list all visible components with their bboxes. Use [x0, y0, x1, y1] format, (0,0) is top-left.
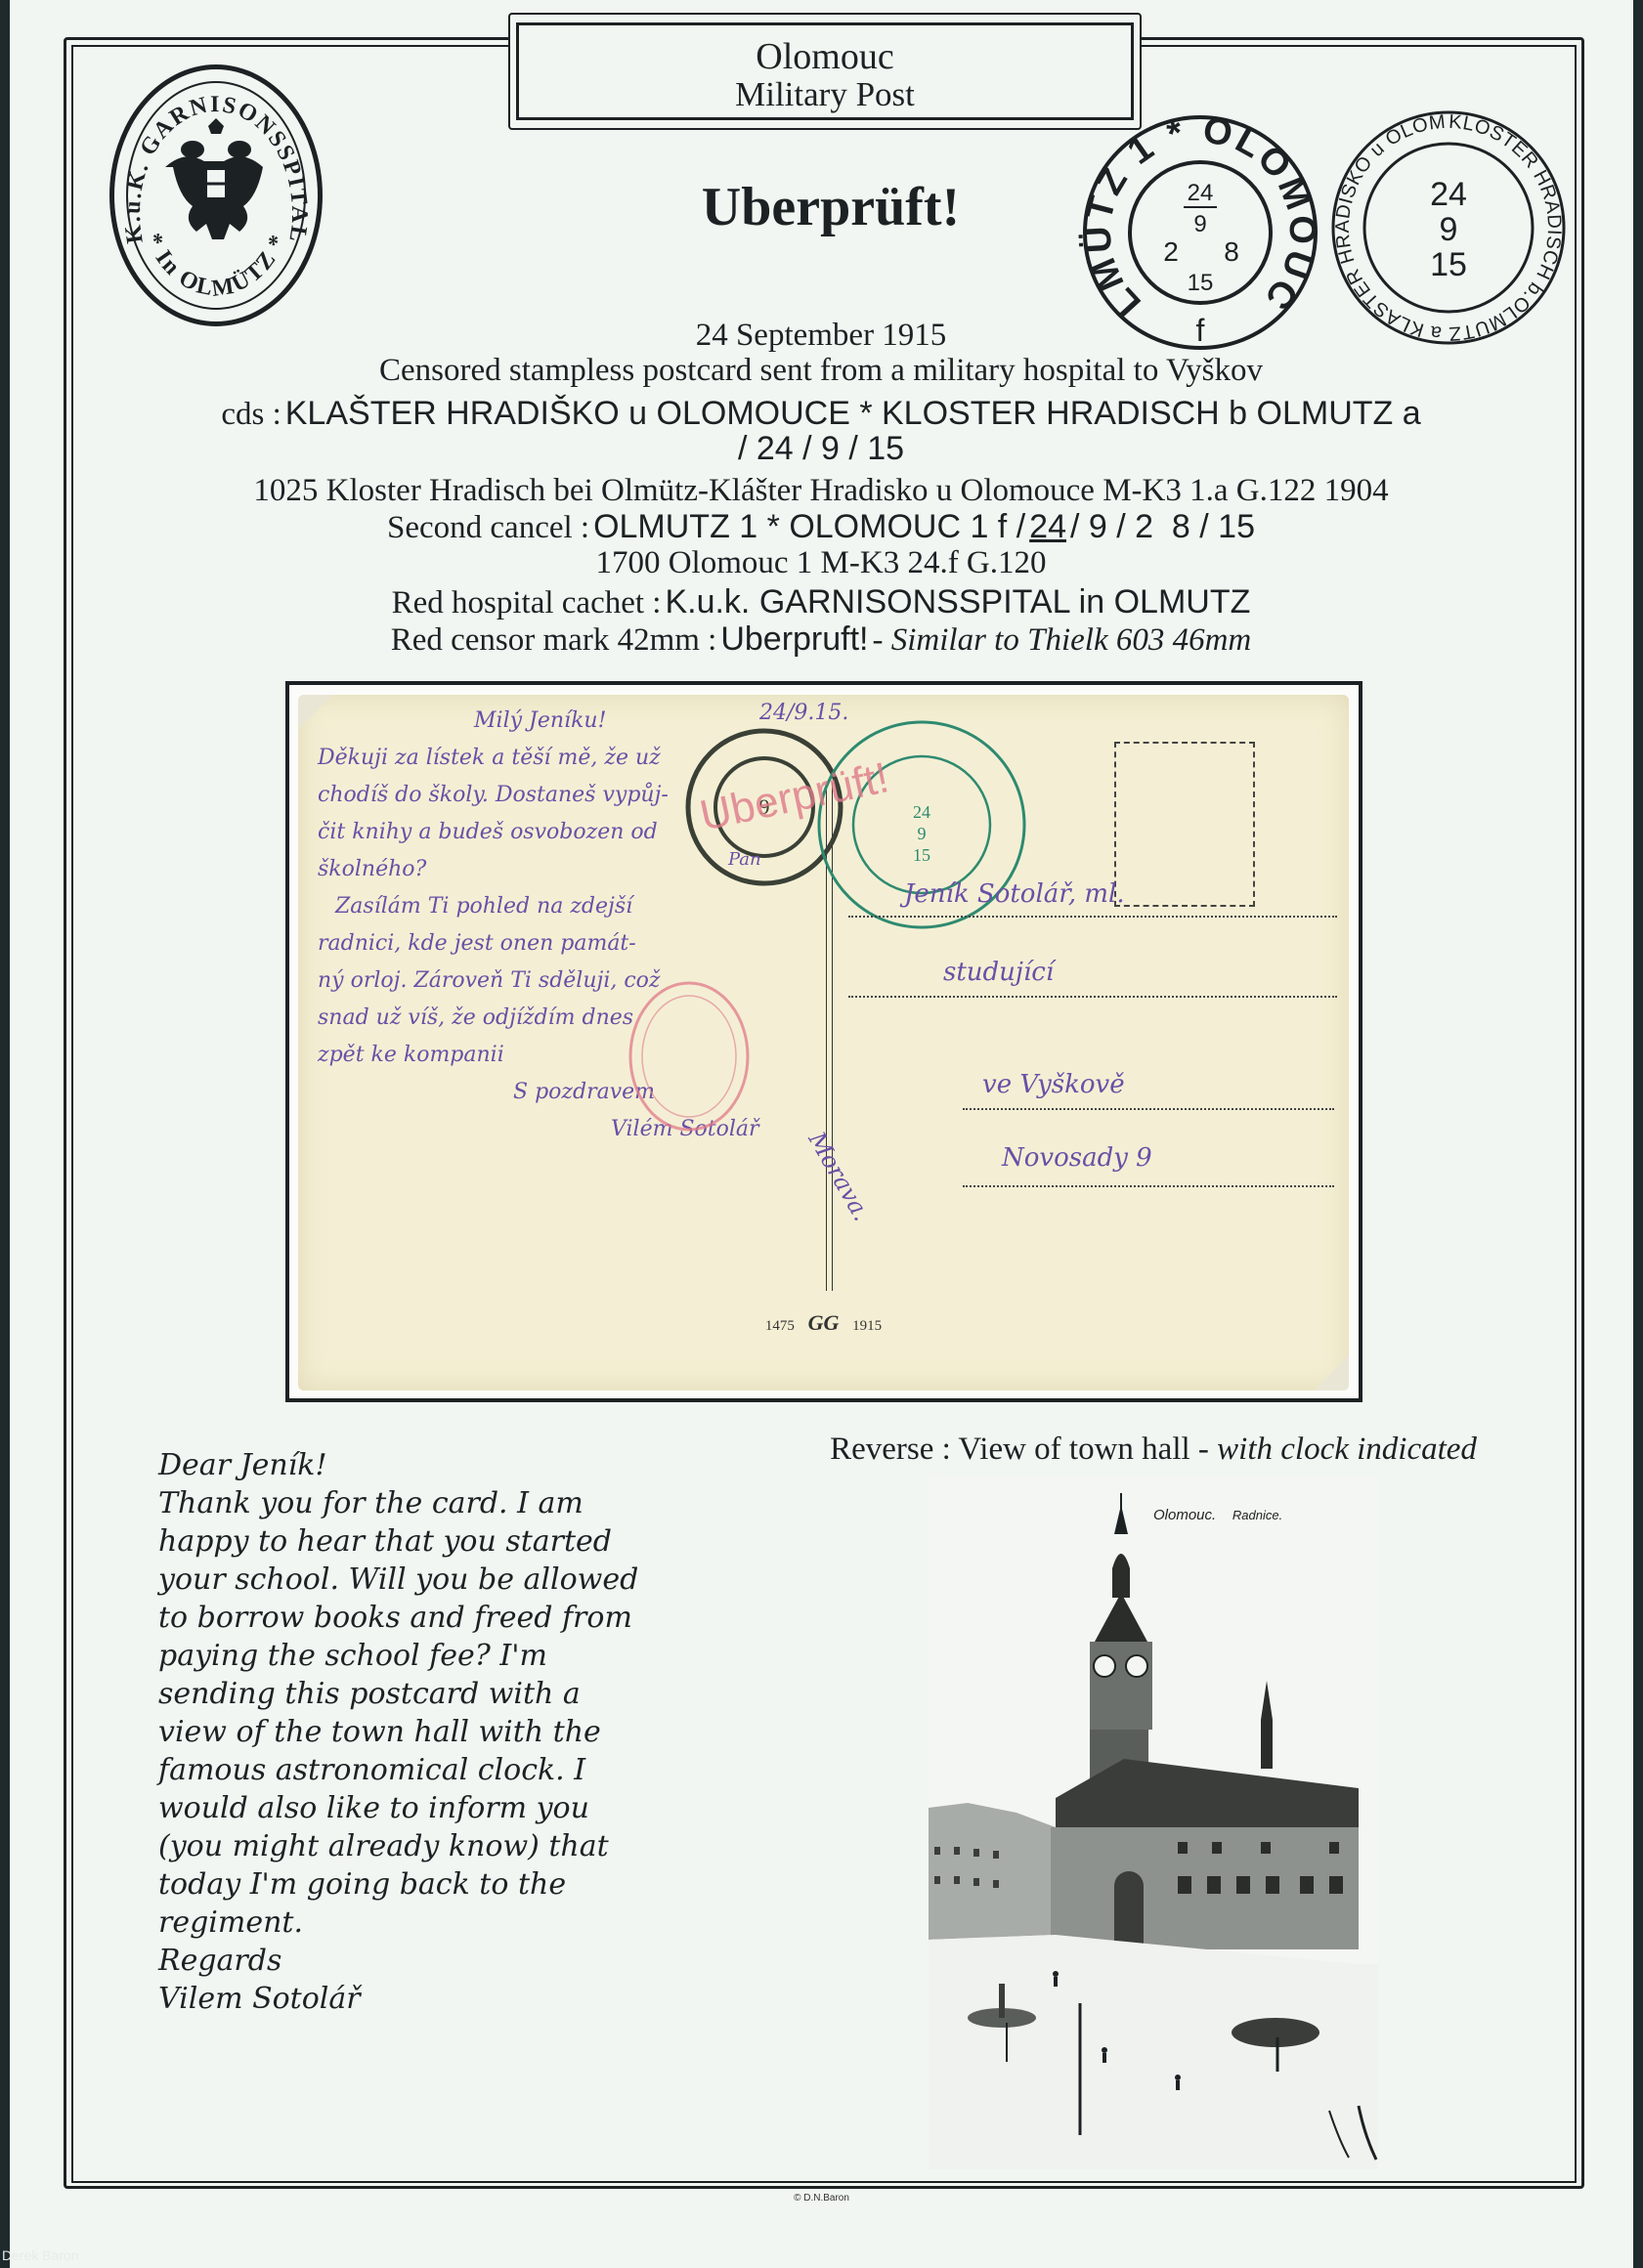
watermark: Derek Baron	[2, 2247, 79, 2263]
town-hall-photo: Olomouc. Radnice.	[929, 1476, 1378, 2169]
description-censor-mark: Red censor mark 42mm : Uberpruft! - Simi…	[98, 621, 1544, 663]
address-region: Morava.	[799, 1125, 880, 1228]
red-hospital-cachet	[626, 978, 753, 1134]
postcard-mount: Milý Jeníku! Děkuji za lístek a těší mě,…	[285, 681, 1362, 1402]
svg-text:2: 2	[1163, 236, 1179, 267]
reverse-caption: Reverse : View of town hall - with clock…	[753, 1432, 1554, 1468]
postcard-pan: Pan	[728, 841, 761, 878]
monogram-icon: GG	[808, 1310, 840, 1335]
address-line-name: Jeník Sotolář, ml.	[904, 876, 1125, 913]
description-second-reference: 1700 Olomouc 1 M-K3 24.f G.120	[98, 545, 1544, 586]
svg-text:9: 9	[1440, 211, 1458, 248]
album-page: Olomouc Military Post Uberprüft! K.u.K. …	[10, 0, 1633, 2268]
title-city: Olomouc	[519, 37, 1131, 76]
address-line-street: Novosady 9	[1002, 1139, 1152, 1177]
copyright: © D.N.Baron	[10, 2193, 1633, 2204]
description-summary: Censored stampless postcard sent from a …	[98, 353, 1544, 394]
svg-text:15: 15	[913, 845, 930, 865]
address-line-occupation: studující	[943, 954, 1054, 991]
description-cds-date: / 24 / 9 / 15	[98, 431, 1544, 473]
photo-caption: Olomouc. Radnice.	[1153, 1507, 1282, 1523]
svg-text:* In OLMÜTZ *: * In OLMÜTZ *	[140, 230, 291, 302]
title-box: Olomouc Military Post	[508, 13, 1142, 130]
headline: Uberprüft!	[596, 176, 1065, 238]
translation-text: Dear Jeník! Thank you for the card. I am…	[158, 1446, 794, 2018]
hospital-seal: K.u.K. GARNISONSSPITAL * In OLMÜTZ *	[109, 64, 323, 326]
svg-text:15: 15	[1430, 246, 1467, 283]
double-headed-eagle-icon: K.u.K. GARNISONSSPITAL * In OLMÜTZ *	[114, 69, 318, 321]
svg-text:24: 24	[1430, 176, 1467, 213]
svg-text:9: 9	[1193, 211, 1206, 237]
svg-text:24: 24	[913, 802, 930, 822]
title-subtitle: Military Post	[519, 76, 1131, 113]
postcard: Milý Jeníku! Děkuji za lístek a těší mě,…	[298, 695, 1349, 1391]
svg-text:9: 9	[918, 824, 927, 843]
town-hall-illustration	[929, 1476, 1378, 2169]
svg-text:8: 8	[1224, 236, 1239, 267]
stamp-box	[1114, 742, 1255, 907]
address-line-town: ve Vyškově	[982, 1066, 1125, 1103]
postcard-imprint: 1475 GG 1915	[298, 1310, 1349, 1336]
svg-text:15: 15	[1188, 270, 1214, 296]
svg-text:24: 24	[1188, 180, 1214, 206]
